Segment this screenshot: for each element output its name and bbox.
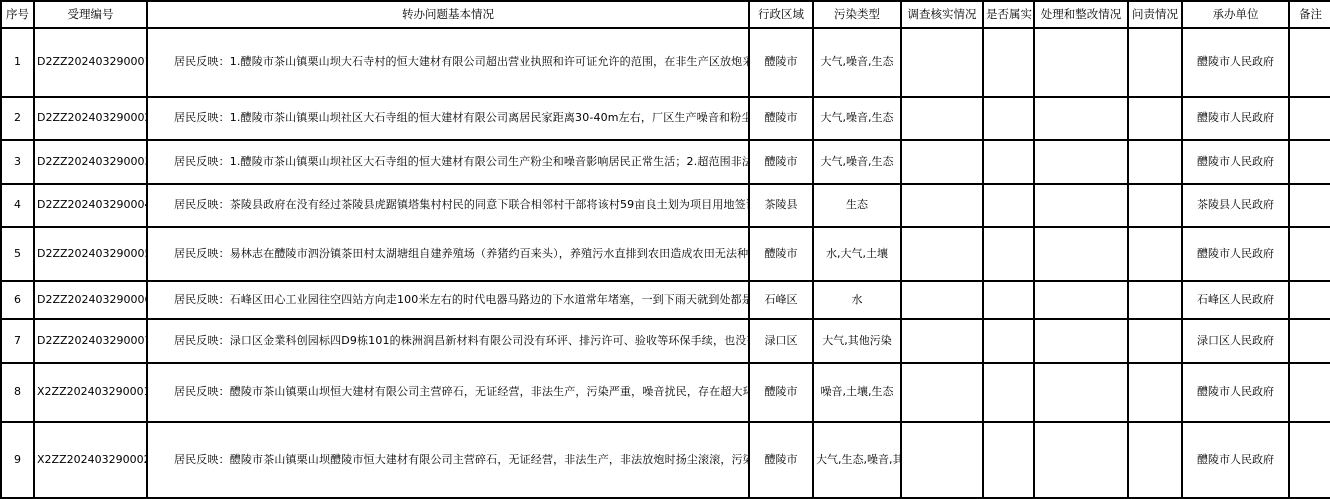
cell-remark[interactable]: [1289, 97, 1330, 140]
cell-handling[interactable]: [1034, 227, 1128, 281]
cell-verified[interactable]: [983, 319, 1034, 363]
cell-description[interactable]: 居民反映：石峰区田心工业园往空四站方向走100米左右的时代电器马路边的下水道常年…: [147, 281, 749, 319]
cell-accountability[interactable]: [1128, 319, 1182, 363]
header-pollution-type[interactable]: 污染类型: [813, 1, 901, 28]
header-unit[interactable]: 承办单位: [1182, 1, 1289, 28]
description-text: 居民反映：茶陵县政府在没有经过茶陵县虎踞镇塔集村村民的同意下联合相邻村干部将该村…: [174, 198, 749, 211]
cell-investigation[interactable]: [901, 28, 983, 97]
cell-verified[interactable]: [983, 97, 1034, 140]
cell-code[interactable]: D2ZZ202403290005: [34, 227, 147, 281]
cell-accountability[interactable]: [1128, 422, 1182, 498]
header-investigation[interactable]: 调查核实情况: [901, 1, 983, 28]
table-row: 9 X2ZZ202403290002 居民反映：醴陵市茶山镇栗山坝醴陵市恒大建材…: [1, 422, 1330, 498]
cell-verified[interactable]: [983, 281, 1034, 319]
cell-unit[interactable]: 醴陵市人民政府: [1182, 97, 1289, 140]
cell-verified[interactable]: [983, 140, 1034, 184]
cell-unit[interactable]: 渌口区人民政府: [1182, 319, 1289, 363]
description-text: 居民反映：1.醴陵市茶山镇栗山坝社区大石寺组的恒大建材有限公司生产粉尘和噪音影响…: [174, 155, 749, 168]
cell-handling[interactable]: [1034, 319, 1128, 363]
cell-accountability[interactable]: [1128, 28, 1182, 97]
cell-verified[interactable]: [983, 363, 1034, 422]
cell-code[interactable]: D2ZZ202403290002: [34, 97, 147, 140]
cell-region[interactable]: 茶陵县: [749, 184, 813, 227]
cell-remark[interactable]: [1289, 363, 1330, 422]
cell-region[interactable]: 醴陵市: [749, 363, 813, 422]
header-code[interactable]: 受理编号: [34, 1, 147, 28]
header-remark[interactable]: 备注: [1289, 1, 1330, 28]
cell-handling[interactable]: [1034, 140, 1128, 184]
cell-unit[interactable]: 石峰区人民政府: [1182, 281, 1289, 319]
cell-investigation[interactable]: [901, 363, 983, 422]
table-row: 3 D2ZZ202403290003 居民反映：1.醴陵市茶山镇栗山坝社区大石寺…: [1, 140, 1330, 184]
cell-code[interactable]: X2ZZ202403290001: [34, 363, 147, 422]
cell-investigation[interactable]: [901, 184, 983, 227]
cell-handling[interactable]: [1034, 97, 1128, 140]
cell-code[interactable]: X2ZZ202403290002: [34, 422, 147, 498]
cell-verified[interactable]: [983, 28, 1034, 97]
cell-description[interactable]: 居民反映：1.醴陵市茶山镇栗山坝社区大石寺组的恒大建材有限公司生产粉尘和噪音影响…: [147, 140, 749, 184]
cell-no[interactable]: 4: [1, 184, 34, 227]
cell-region[interactable]: 醴陵市: [749, 140, 813, 184]
cell-unit[interactable]: 醴陵市人民政府: [1182, 28, 1289, 97]
cell-accountability[interactable]: [1128, 281, 1182, 319]
cell-pollution-type[interactable]: 大气,噪音,生态: [813, 97, 901, 140]
header-region[interactable]: 行政区域: [749, 1, 813, 28]
cell-code[interactable]: D2ZZ202403290004: [34, 184, 147, 227]
description-text: 居民反映：1.醴陵市茶山镇栗山坝社区大石寺组的恒大建材有限公司离居民家距离30-…: [174, 111, 749, 124]
cell-pollution-type[interactable]: 噪音,土壤,生态: [813, 363, 901, 422]
cell-no[interactable]: 1: [1, 28, 34, 97]
description-text: 居民反映：渌口区金業科创园标四D9栋101的株洲润昌新材料有限公司没有环评、排污…: [174, 334, 749, 347]
cell-pollution-type[interactable]: 大气,其他污染: [813, 319, 901, 363]
cell-remark[interactable]: [1289, 184, 1330, 227]
table-row: 4 D2ZZ202403290004 居民反映：茶陵县政府在没有经过茶陵县虎踞镇…: [1, 184, 1330, 227]
header-handling[interactable]: 处理和整改情况: [1034, 1, 1128, 28]
cell-region[interactable]: 醴陵市: [749, 28, 813, 97]
cell-handling[interactable]: [1034, 28, 1128, 97]
table-row: 1 D2ZZ202403290001 居民反映：1.醴陵市茶山镇栗山坝大石寺村的…: [1, 28, 1330, 97]
cell-unit[interactable]: 醴陵市人民政府: [1182, 227, 1289, 281]
cell-description[interactable]: 居民反映：醴陵市茶山镇栗山坝醴陵市恒大建材有限公司主营碎石，无证经营，非法生产，…: [147, 422, 749, 498]
cell-unit[interactable]: 醴陵市人民政府: [1182, 140, 1289, 184]
cell-pollution-type[interactable]: 生态: [813, 184, 901, 227]
cell-no[interactable]: 9: [1, 422, 34, 498]
header-row: 序号 受理编号 转办问题基本情况 行政区域 污染类型 调查核实情况 是否属实 处…: [1, 1, 1330, 28]
cell-no[interactable]: 2: [1, 97, 34, 140]
cell-handling[interactable]: [1034, 422, 1128, 498]
cell-remark[interactable]: [1289, 140, 1330, 184]
cell-no[interactable]: 6: [1, 281, 34, 319]
description-text: 居民反映：石峰区田心工业园往空四站方向走100米左右的时代电器马路边的下水道常年…: [174, 293, 749, 306]
cell-code[interactable]: D2ZZ202403290003: [34, 140, 147, 184]
cell-pollution-type[interactable]: 大气,噪音,生态: [813, 140, 901, 184]
cell-description[interactable]: 居民反映：1.醴陵市茶山镇栗山坝大石寺村的恒大建材有限公司超出营业执照和许可证允…: [147, 28, 749, 97]
cell-investigation[interactable]: [901, 319, 983, 363]
cell-investigation[interactable]: [901, 97, 983, 140]
cell-description[interactable]: 居民反映：茶陵县政府在没有经过茶陵县虎踞镇塔集村村民的同意下联合相邻村干部将该村…: [147, 184, 749, 227]
cell-no[interactable]: 3: [1, 140, 34, 184]
cell-region[interactable]: 石峰区: [749, 281, 813, 319]
table-row: 5 D2ZZ202403290005 居民反映：易林志在醴陵市泗汾镇茶田村太湖塘…: [1, 227, 1330, 281]
description-text: 居民反映：1.醴陵市茶山镇栗山坝大石寺村的恒大建材有限公司超出营业执照和许可证允…: [174, 55, 749, 68]
cell-code[interactable]: D2ZZ202403290001: [34, 28, 147, 97]
cell-description[interactable]: 居民反映：1.醴陵市茶山镇栗山坝社区大石寺组的恒大建材有限公司离居民家距离30-…: [147, 97, 749, 140]
cell-pollution-type[interactable]: 水: [813, 281, 901, 319]
cell-handling[interactable]: [1034, 363, 1128, 422]
cell-accountability[interactable]: [1128, 363, 1182, 422]
cell-handling[interactable]: [1034, 184, 1128, 227]
cell-no[interactable]: 8: [1, 363, 34, 422]
cell-unit[interactable]: 茶陵县人民政府: [1182, 184, 1289, 227]
cell-no[interactable]: 7: [1, 319, 34, 363]
cell-investigation[interactable]: [901, 227, 983, 281]
cell-accountability[interactable]: [1128, 184, 1182, 227]
header-verified[interactable]: 是否属实: [983, 1, 1034, 28]
cell-unit[interactable]: 醴陵市人民政府: [1182, 422, 1289, 498]
cell-remark[interactable]: [1289, 319, 1330, 363]
cell-investigation[interactable]: [901, 422, 983, 498]
cell-remark[interactable]: [1289, 227, 1330, 281]
cell-description[interactable]: 居民反映：易林志在醴陵市泗汾镇茶田村太湖塘组自建养殖场（养猪约百来头），养殖污水…: [147, 227, 749, 281]
header-accountability[interactable]: 问责情况: [1128, 1, 1182, 28]
cell-unit[interactable]: 醴陵市人民政府: [1182, 363, 1289, 422]
table-row: 8 X2ZZ202403290001 居民反映：醴陵市茶山镇栗山坝恒大建材有限公…: [1, 363, 1330, 422]
cell-no[interactable]: 5: [1, 227, 34, 281]
cell-remark[interactable]: [1289, 281, 1330, 319]
cell-handling[interactable]: [1034, 281, 1128, 319]
cell-remark[interactable]: [1289, 28, 1330, 97]
table-row: 7 D2ZZ202403290007 居民反映：渌口区金業科创园标四D9栋101…: [1, 319, 1330, 363]
cell-code[interactable]: D2ZZ202403290007: [34, 319, 147, 363]
cell-remark[interactable]: [1289, 422, 1330, 498]
cell-pollution-type[interactable]: 大气,生态,噪音,其他污染: [813, 422, 901, 498]
cell-verified[interactable]: [983, 184, 1034, 227]
complaint-table: 序号 受理编号 转办问题基本情况 行政区域 污染类型 调查核实情况 是否属实 处…: [0, 0, 1330, 499]
cell-accountability[interactable]: [1128, 140, 1182, 184]
cell-accountability[interactable]: [1128, 97, 1182, 140]
cell-verified[interactable]: [983, 422, 1034, 498]
cell-code[interactable]: D2ZZ202403290006: [34, 281, 147, 319]
description-text: 居民反映：易林志在醴陵市泗汾镇茶田村太湖塘组自建养殖场（养猪约百来头），养殖污水…: [174, 247, 749, 260]
description-text: 居民反映：醴陵市茶山镇栗山坝醴陵市恒大建材有限公司主营碎石，无证经营，非法生产，…: [174, 453, 749, 466]
cell-verified[interactable]: [983, 227, 1034, 281]
cell-region[interactable]: 醴陵市: [749, 97, 813, 140]
cell-description[interactable]: 居民反映：渌口区金業科创园标四D9栋101的株洲润昌新材料有限公司没有环评、排污…: [147, 319, 749, 363]
header-no[interactable]: 序号: [1, 1, 34, 28]
cell-accountability[interactable]: [1128, 227, 1182, 281]
cell-region[interactable]: 渌口区: [749, 319, 813, 363]
cell-description[interactable]: 居民反映：醴陵市茶山镇栗山坝恒大建材有限公司主营碎石，无证经营，非法生产，污染严…: [147, 363, 749, 422]
cell-investigation[interactable]: [901, 281, 983, 319]
cell-pollution-type[interactable]: 大气,噪音,生态: [813, 28, 901, 97]
description-text: 居民反映：醴陵市茶山镇栗山坝恒大建材有限公司主营碎石，无证经营，非法生产，污染严…: [174, 385, 749, 398]
table-row: 6 D2ZZ202403290006 居民反映：石峰区田心工业园往空四站方向走1…: [1, 281, 1330, 319]
header-description[interactable]: 转办问题基本情况: [147, 1, 749, 28]
cell-region[interactable]: 醴陵市: [749, 422, 813, 498]
table-row: 2 D2ZZ202403290002 居民反映：1.醴陵市茶山镇栗山坝社区大石寺…: [1, 97, 1330, 140]
cell-investigation[interactable]: [901, 140, 983, 184]
cell-region[interactable]: 醴陵市: [749, 227, 813, 281]
cell-pollution-type[interactable]: 水,大气,土壤: [813, 227, 901, 281]
